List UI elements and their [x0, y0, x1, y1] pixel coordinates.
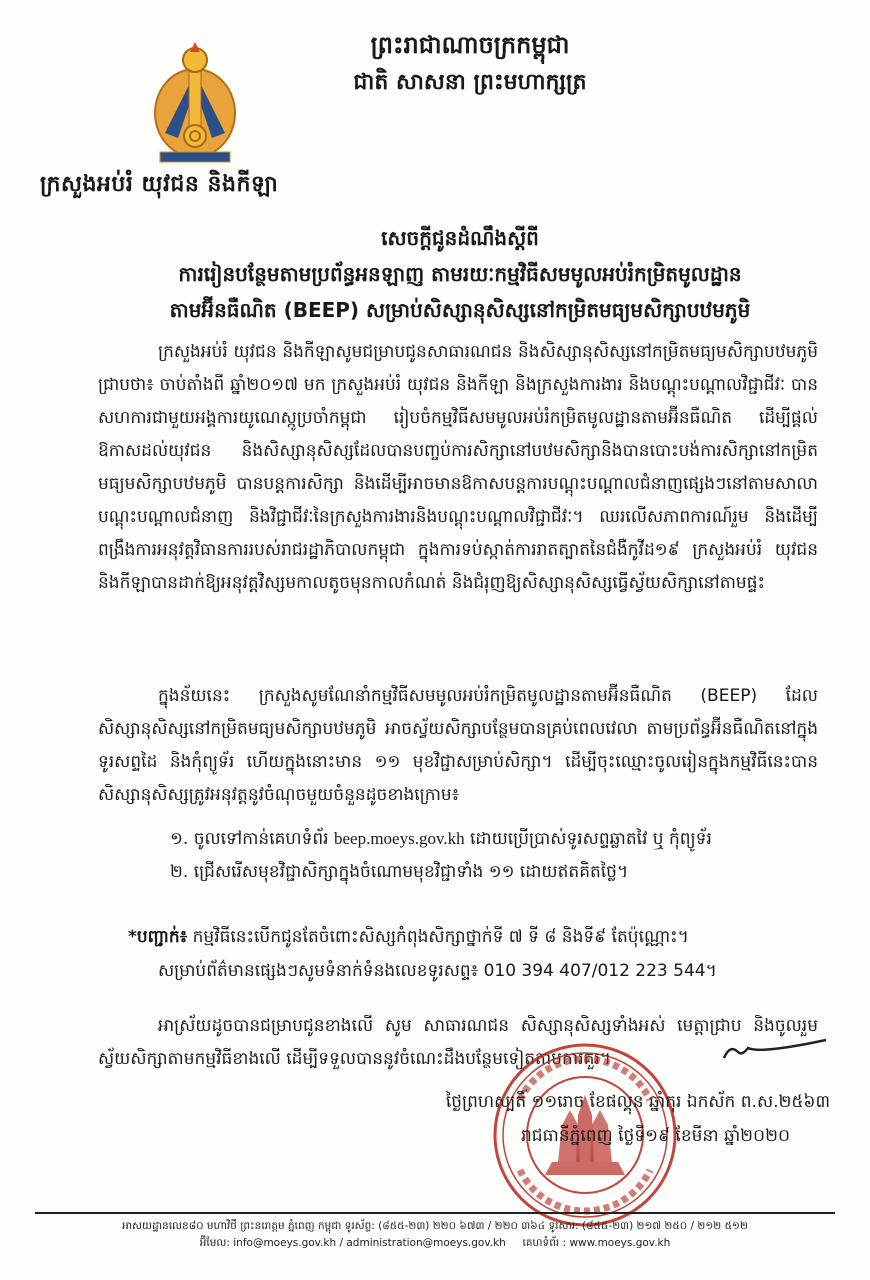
footer-email-label: អ៊ីមែល: — [200, 1237, 230, 1249]
beep-link[interactable]: beep.moeys.gov.kh — [334, 829, 465, 848]
date-block: ថ្ងៃព្រហស្បតិ៍ ១១រោច ខែផល្គុន ឆ្នាំកុរ ឯ… — [400, 1085, 830, 1153]
steps-list: ១. ចូលទៅកាន់គេហទំព័រ beep.moeys.gov.kh ដ… — [170, 822, 712, 889]
ministry-name: ក្រសួងអប់រំ យុវជន និងកីឡា — [40, 170, 278, 202]
title-line-2: ការរៀនបន្ថែមតាមប្រព័ន្ធអនឡាញ តាមរយៈកម្មវ… — [100, 256, 820, 292]
step-item: ១. ចូលទៅកាន់គេហទំព័រ beep.moeys.gov.kh ដ… — [170, 822, 712, 856]
step-text: ជ្រើសរើសមុខវិជ្ជាសិក្សាក្នុងចំណោមមុខវិជ្… — [194, 862, 628, 882]
title-line-1: សេចក្តីជូនដំណឹងស្តីពី — [100, 220, 820, 256]
paragraph-closing: អាស្រ័យដូចបានជម្រាបជូនខាងលើ សូម សាធារណជន… — [98, 1010, 818, 1076]
note-block: *បញ្ជាក់៖ កម្មវិធីនេះបើកជូនតែចំពោះសិស្សក… — [128, 920, 717, 988]
note-label: *បញ្ជាក់៖ — [128, 927, 187, 947]
contact-phone: សម្រាប់ព័ត៌មានផ្សេងៗសូមទំនាក់ទំនងលេខទូរស… — [128, 954, 717, 988]
step-text: ចូលទៅកាន់គេហទំព័រ — [194, 829, 334, 849]
title-line-3: តាមអ៊ីនធឺណិត (BEEP) សម្រាប់សិស្សានុសិស្ស… — [100, 292, 820, 328]
kingdom-title: ព្រះរាជាណាចក្រកម្ពុជា — [300, 30, 640, 65]
paragraph-intro: ក្រសួងអប់រំ យុវជន និងកីឡាសូមជម្រាបជូនសាធ… — [98, 336, 818, 600]
national-motto: ជាតិ សាសនា ព្រះមហាក្សត្រ — [300, 68, 640, 100]
footer: អាសយដ្ឋានលេខ៨០ មហាវិថី ព្រះនរោត្តម ភ្នំព… — [35, 1218, 835, 1252]
step-text-after: ដោយប្រើប្រាស់ទូរសព្ទឆ្លាតវៃ ឬ កុំព្យូទ័រ — [470, 829, 712, 849]
paragraph-beep: ក្នុងន័យនេះ ក្រសួងសូមណែនាំកម្មវិធីសមមូលអ… — [98, 680, 818, 812]
footer-divider — [35, 1212, 835, 1214]
footer-website[interactable]: www.moeys.gov.kh — [569, 1237, 670, 1249]
note-text: កម្មវិធីនេះបើកជូនតែចំពោះសិស្សកំពុងសិក្សា… — [187, 927, 689, 947]
step-number: ១. — [170, 829, 188, 849]
footer-email[interactable]: info@moeys.gov.kh / administration@moeys… — [233, 1237, 506, 1249]
footer-website-label: គេហទំព័រ : — [523, 1237, 567, 1249]
step-number: ២. — [170, 862, 188, 882]
notice-title: សេចក្តីជូនដំណឹងស្តីពី ការរៀនបន្ថែមតាមប្រ… — [100, 220, 820, 328]
footer-address: អាសយដ្ឋានលេខ៨០ មហាវិថី ព្រះនរោត្តម ភ្នំព… — [35, 1218, 835, 1235]
solar-date: រាជធានីភ្នំពេញ ថ្ងៃទី១៩ ខែមីនា ឆ្នាំ២០២០ — [400, 1119, 830, 1153]
signature-mark-icon — [720, 1036, 830, 1066]
step-item: ២. ជ្រើសរើសមុខវិជ្ជាសិក្សាក្នុងចំណោមមុខវ… — [170, 856, 712, 889]
lunar-date: ថ្ងៃព្រហស្បតិ៍ ១១រោច ខែផល្គុន ឆ្នាំកុរ ឯ… — [400, 1085, 830, 1119]
ministry-emblem-icon — [150, 38, 240, 168]
